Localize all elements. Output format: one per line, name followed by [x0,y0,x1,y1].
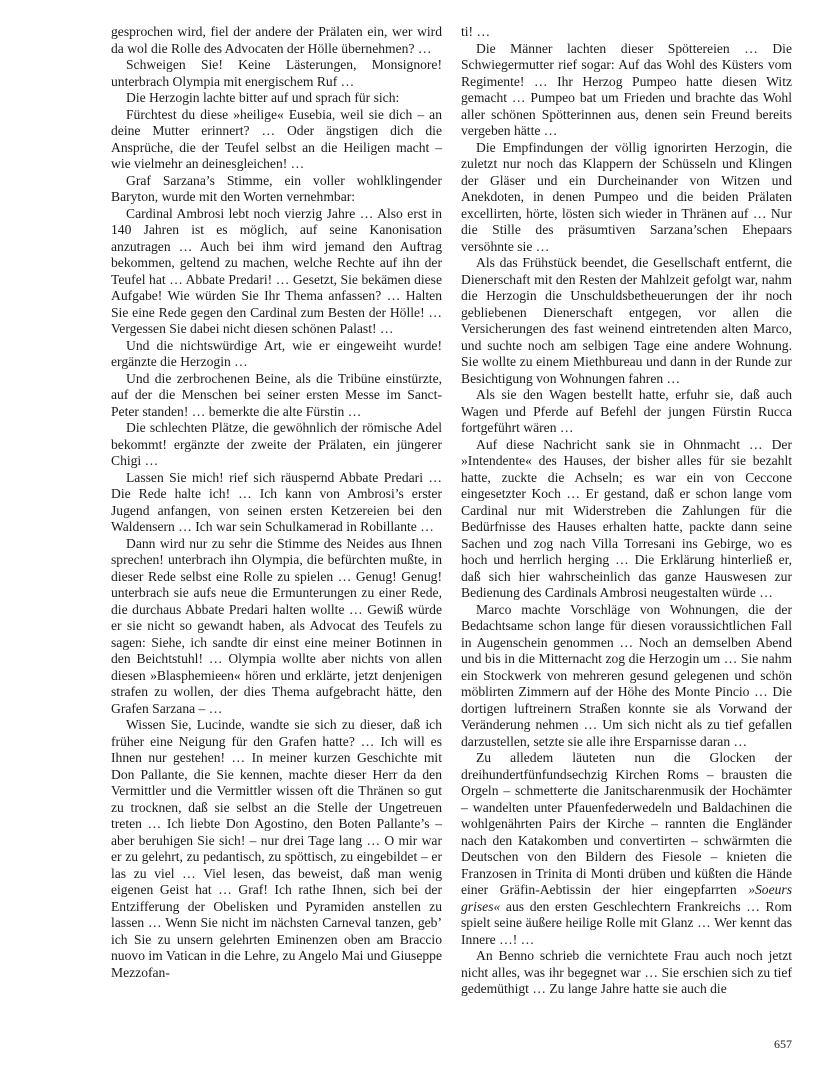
page-number: 657 [760,1037,792,1052]
paragraph: Auf diese Nachricht sank sie in Ohnmacht… [461,437,792,602]
paragraph-text: aus den ersten Geschlechtern Frankreichs… [461,899,792,947]
paragraph: Die Empfindungen der völlig ignorirten H… [461,140,792,256]
paragraph: Cardinal Ambrosi lebt noch vierzig Jahre… [111,206,442,338]
paragraph: Graf Sarzana’s Stimme, ein voller wohlkl… [111,173,442,206]
paragraph-text: Zu alledem läuteten nun die Glocken der … [461,750,792,897]
paragraph: Als das Frühstück beendet, die Gesellsch… [461,255,792,387]
paragraph: Und die nichtswürdige Art, wie er eingew… [111,338,442,371]
paragraph: An Benno schrieb die vernichtete Frau au… [461,948,792,998]
right-column: ti! … Die Männer lachten dieser Spöttere… [461,24,792,998]
left-column: gesprochen wird, fiel der andere der Prä… [111,24,442,981]
paragraph: ti! … [461,24,792,41]
paragraph: Die schlechten Plätze, die gewöhnlich de… [111,420,442,470]
paragraph: Und die zerbrochenen Beine, als die Trib… [111,371,442,421]
book-page: gesprochen wird, fiel der andere der Prä… [0,0,819,1065]
paragraph: Die Herzogin lachte bitter auf und sprac… [111,90,442,107]
paragraph: Fürchtest du diese »heilige« Eusebia, we… [111,107,442,173]
paragraph: Wissen Sie, Lucinde, wandte sie sich zu … [111,717,442,981]
paragraph: Marco machte Vorschläge von Wohnungen, d… [461,602,792,751]
paragraph: Lassen Sie mich! rief sich räuspernd Abb… [111,470,442,536]
paragraph: gesprochen wird, fiel der andere der Prä… [111,24,442,57]
paragraph: Die Männer lachten dieser Spöttereien … … [461,41,792,140]
paragraph: Schweigen Sie! Keine Lästerungen, Monsig… [111,57,442,90]
paragraph: Zu alledem läuteten nun die Glocken der … [461,750,792,948]
paragraph: Als sie den Wagen bestellt hatte, erfuhr… [461,387,792,437]
paragraph: Dann wird nur zu sehr die Stimme des Nei… [111,536,442,718]
